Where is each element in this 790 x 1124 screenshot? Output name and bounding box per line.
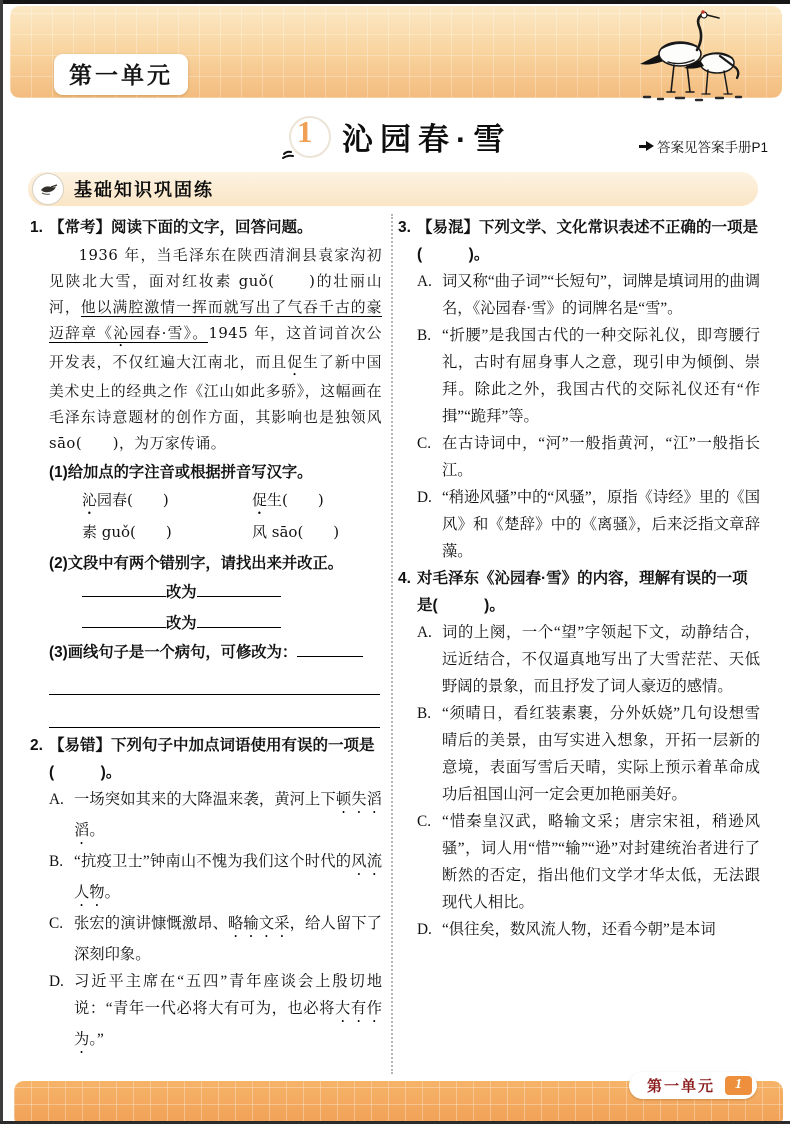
unit-banner: 第一单元: [10, 6, 782, 98]
dotted-char: 沁: [113, 325, 129, 342]
question-stem: 对毛泽东《沁园春·雪》的内容，理解有误的一项是( )。: [417, 565, 760, 619]
reading-passage: 1936 年，当毛泽东在陕西清涧县袁家沟初见陕北大雪，面对红妆素 guǒ( )的…: [49, 243, 382, 457]
question-number: 4.: [398, 565, 417, 619]
question-3-options: A.词又称“曲子词”“长短句”，词牌是填词用的曲调名，《沁园春·雪》的词牌名是“…: [417, 268, 760, 565]
fill-item: 素 guǒ( ): [82, 518, 252, 550]
correction-row: 改为: [82, 608, 382, 639]
question-2-head: 2. 【易错】下列句子中加点词语使用有误的一项是( )。: [30, 732, 382, 786]
lesson-title-row: 1 沁园春·雪 答案见答案手册P1: [0, 108, 790, 168]
lesson-number: 1: [297, 114, 313, 150]
page-footer: 第一单元 1: [14, 1081, 783, 1122]
question-4-options: A.词的上阕，一个“望”字领起下文，动静结合，远近结合，不仅逼真地写出了大雪茫茫…: [417, 619, 760, 943]
dotted-char: 促: [287, 354, 303, 371]
column-divider: [391, 214, 393, 1074]
unit-label: 第一单元: [54, 54, 188, 95]
fill-item: 沁园春( ): [82, 486, 252, 518]
sub-question-3: (3)画线句子是一个病句，可修改为：: [49, 639, 382, 666]
option-d: D.“俱往矣，数风流人物，还看今朝”是本词: [417, 916, 760, 943]
question-number: 3.: [398, 214, 417, 268]
ink-bird-icon: [32, 173, 64, 205]
sub-question-2: (2)文段中有两个错别字，请找出来并改正。: [49, 550, 382, 577]
option-d: D.习近平主席在“五四”青年座谈会上殷切地说：“青年一代必将大有可为，也必将大有…: [49, 968, 382, 1057]
footer-unit-pill: 第一单元 1: [629, 1072, 757, 1099]
option-a: A.词的上阕，一个“望”字领起下文，动静结合，远近结合，不仅逼真地写出了大雪茫茫…: [417, 619, 760, 700]
lesson-title: 沁园春·雪: [342, 114, 511, 159]
section-title: 基础知识巩固练: [74, 176, 214, 202]
dotted-phrase: 略输文采: [228, 915, 290, 932]
page-number: 1: [725, 1076, 752, 1095]
scan-edge-top: [0, 0, 790, 4]
option-c: C.“惜秦皇汉武，略输文采；唐宗宋祖，稍逊风骚”，词人用“惜”“输”“逊”对封建…: [417, 808, 760, 916]
left-column: 1. 【常考】阅读下面的文字，回答问题。 1936 年，当毛泽东在陕西清涧县袁家…: [30, 214, 382, 1080]
question-2-options: A.一场突如其来的大降温来袭，黄河上下顿失滔滔。 B.“抗疫卫士”钟南山不愧为我…: [49, 786, 382, 1057]
section-header: 基础知识巩固练: [28, 172, 758, 206]
sub-question-1: (1)给加点的字注音或根据拼音写汉字。: [49, 459, 382, 486]
arrow-right-icon: [639, 141, 654, 151]
option-c: C.在古诗词中，“河”一般指黄河，“江”一般指长江。: [417, 430, 760, 484]
footer-unit-label: 第一单元: [647, 1075, 715, 1096]
question-stem: 阅读下面的文字，回答问题。: [111, 219, 313, 236]
question-4-head: 4. 对毛泽东《沁园春·雪》的内容，理解有误的一项是( )。: [398, 565, 760, 619]
question-tag: 【常考】: [49, 219, 111, 236]
cranes-illustration-icon: [624, 8, 764, 109]
question-1-head: 1. 【常考】阅读下面的文字，回答问题。: [30, 214, 382, 241]
answer-note: 答案见答案手册P1: [639, 136, 768, 156]
question-number: 2.: [30, 732, 49, 786]
answer-blank: [197, 612, 281, 628]
option-c: C.张宏的演讲慷慨激昂、略输文采，给人留下了深刻印象。: [49, 910, 382, 968]
option-a: A.一场突如其来的大降温来袭，黄河上下顿失滔滔。: [49, 786, 382, 848]
option-b: B.“折腰”是我国古代的一种交际礼仪，即弯腰行礼，古时有屈身事人之意，现引申为倾…: [417, 322, 760, 430]
fill-item: 促生( ): [252, 486, 382, 518]
answer-blank: [82, 612, 166, 628]
scan-edge-left: [0, 0, 3, 1124]
fill-item: 风 sāo( ): [252, 518, 382, 550]
answer-blank: [297, 641, 363, 657]
question-number: 1.: [30, 214, 49, 241]
lesson-number-badge: 1: [283, 114, 329, 162]
question-3-head: 3. 【易混】下列文学、文化常识表述不正确的一项是( )。: [398, 214, 760, 268]
question-tag: 【易混】: [417, 219, 479, 236]
correction-row: 改为: [82, 577, 382, 608]
option-d: D.“稍逊风骚”中的“风骚”，原指《诗经》里的《国风》和《楚辞》中的《离骚》，后…: [417, 484, 760, 565]
question-tag: 【易错】: [49, 737, 111, 754]
answer-line: [49, 666, 380, 695]
right-column: 3. 【易混】下列文学、文化常识表述不正确的一项是( )。 A.词又称“曲子词”…: [398, 214, 760, 1080]
option-a: A.词又称“曲子词”“长短句”，词牌是填词用的曲调名，《沁园春·雪》的词牌名是“…: [417, 268, 760, 322]
answer-blank: [82, 581, 166, 597]
pinyin-fill-items: 沁园春( ) 促生( ) 素 guǒ( ) 风 sāo( ): [82, 486, 382, 550]
answer-note-text: 答案见答案手册P1: [657, 136, 768, 156]
answer-blank: [197, 581, 281, 597]
option-b: B.“抗疫卫士”钟南山不愧为我们这个时代的风流人物。: [49, 848, 382, 910]
exercise-content: 1. 【常考】阅读下面的文字，回答问题。 1936 年，当毛泽东在陕西清涧县袁家…: [30, 214, 760, 1080]
option-b: B.“须晴日，看红装素裹，分外妖娆”几句设想雪晴后的美景，由写实进入想象，开拓一…: [417, 700, 760, 808]
answer-line: [49, 695, 380, 728]
